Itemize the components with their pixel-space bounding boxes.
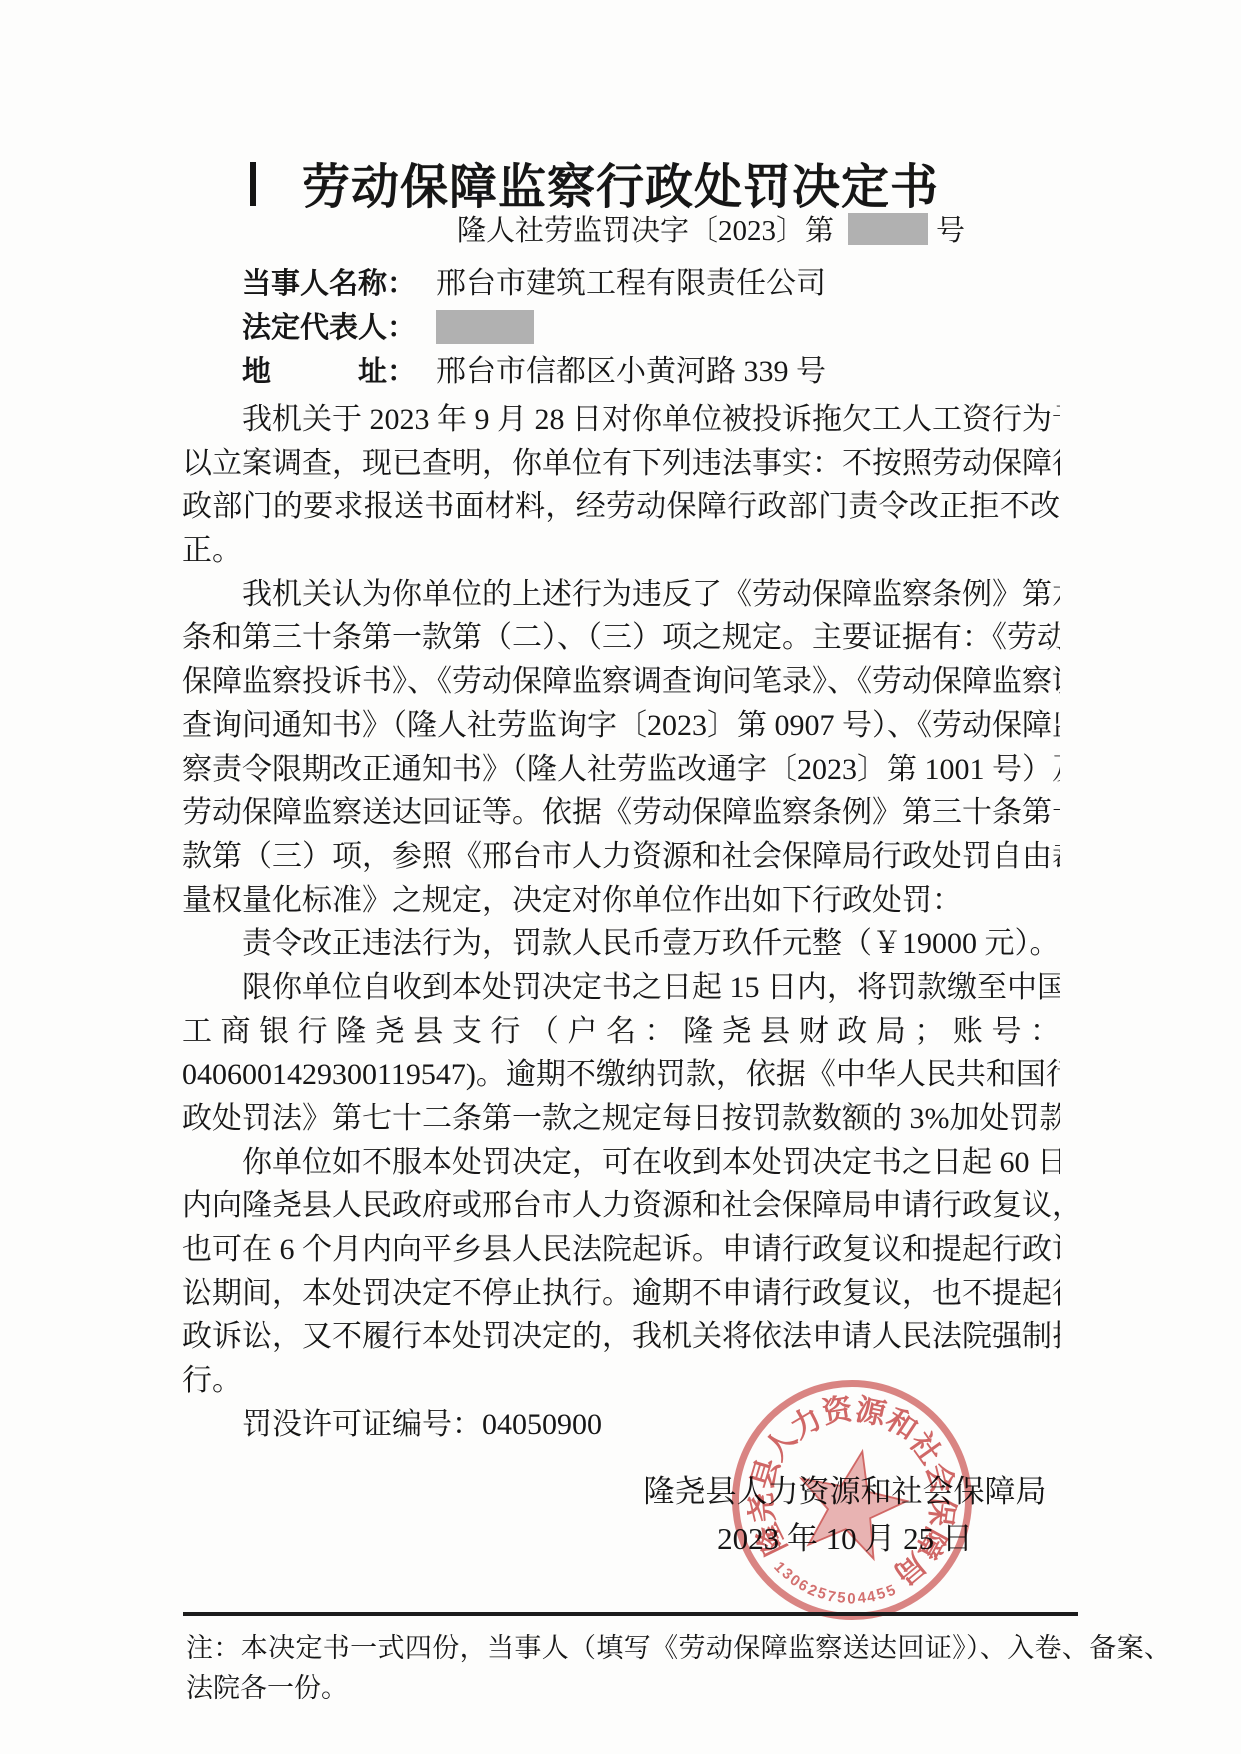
party-name-label: 当事人名称：	[242, 262, 416, 306]
body-line: 也可在 6 个月内向平乡县人民法院起诉。申请行政复议和提起行政诉	[182, 1228, 1060, 1272]
document-title: 劳动保障监察行政处罚决定书	[0, 148, 1241, 217]
body-line: 政部门的要求报送书面材料，经劳动保障行政部门责令改正拒不改	[182, 485, 1060, 529]
body-line: 限你单位自收到本处罚决定书之日起 15 日内，将罚款缴至中国	[182, 966, 1060, 1010]
body-line: 察责令限期改正通知书》（隆人社劳监改通字〔2023〕第 1001 号）及	[182, 748, 1060, 792]
body-line: 条和第三十条第一款第（二）、（三）项之规定。主要证据有：《劳动	[182, 616, 1060, 660]
decision-body-text: 我机关于 2023 年 9 月 28 日对你单位被投诉拖欠工人工资行为予以立案调…	[182, 398, 1060, 1447]
party-name-value: 邢台市建筑工程有限责任公司	[436, 267, 826, 300]
legal-representative-label: 法定代表人：	[242, 306, 416, 350]
seal-code-digit: 3	[778, 1565, 795, 1583]
body-line: 责令改正违法行为，罚款人民币壹万玖仟元整（￥19000 元）。	[182, 922, 1060, 966]
seal-code-digit: 7	[826, 1588, 838, 1606]
body-line: 劳动保障监察送达回证等。依据《劳动保障监察条例》第三十条第一	[182, 791, 1060, 835]
body-line: 保障监察投诉书》、《劳动保障监察调查询问笔录》、《劳动保障监察调	[182, 660, 1060, 704]
body-line: 内向隆尧县人民政府或邢台市人力资源和社会保障局申请行政复议，	[182, 1184, 1060, 1228]
seal-code-digit: 0	[847, 1590, 855, 1607]
footer-note: 注：本决定书一式四份，当事人（填写《劳动保障监察送达回证》）、入卷、备案、法院各…	[186, 1628, 1171, 1708]
body-line: 0406001429300119547)。逾期不缴纳罚款，依据《中华人民共和国行	[182, 1053, 1060, 1097]
address-label: 地 址：	[242, 350, 416, 394]
body-line: 你单位如不服本处罚决定，可在收到本处罚决定书之日起 60 日	[182, 1141, 1060, 1185]
body-line: 以立案调查，现已查明，你单位有下列违法事实：不按照劳动保障行	[182, 442, 1060, 486]
seal-code-digit: 4	[866, 1588, 878, 1606]
penalty-decision-document: 劳动保障监察行政处罚决定书 隆人社劳监罚决字〔2023〕第 号 当事人名称：邢台…	[0, 0, 1241, 1754]
body-line: 量权量化标准》之规定，决定对你单位作出如下行政处罚：	[182, 879, 1060, 923]
seal-code-digit: 2	[805, 1581, 819, 1600]
issuing-authority: 隆尧县人力资源和社会保障局	[640, 1468, 1050, 1515]
seal-code-digit: 6	[795, 1577, 811, 1596]
legal-representative-redaction	[436, 310, 534, 344]
footer-divider	[183, 1612, 1078, 1616]
seal-code-digit: 5	[875, 1585, 888, 1604]
body-line: 政诉讼，又不履行本处罚决定的，我机关将依法申请人民法院强制执	[182, 1315, 1060, 1359]
body-line: 行。	[182, 1359, 1060, 1403]
party-name-row: 当事人名称：邢台市建筑工程有限责任公司	[242, 262, 1142, 306]
address-value: 邢台市信都区小黄河路 339 号	[436, 355, 826, 388]
seal-code-digit: 5	[884, 1582, 898, 1601]
body-line: 查询问通知书》（隆人社劳监询字〔2023〕第 0907 号）、《劳动保障监	[182, 704, 1060, 748]
document-number: 隆人社劳监罚决字〔2023〕第 号	[457, 208, 965, 249]
body-line: 政处罚法》第七十二条第一款之规定每日按罚款数额的 3%加处罚款。	[182, 1097, 1060, 1141]
legal-representative-row: 法定代表人：	[242, 306, 1142, 350]
issue-date: 2023 年 10 月 25 日	[640, 1515, 1050, 1562]
body-line: 款第（三）项，参照《邢台市人力资源和社会保障局行政处罚自由裁	[182, 835, 1060, 879]
seal-code-digit: 4	[857, 1590, 867, 1608]
body-line: 罚没许可证编号：04050900	[182, 1403, 1060, 1447]
body-line: 正。	[182, 529, 1060, 573]
document-number-redaction	[848, 213, 928, 245]
body-line: 我机关认为你单位的上述行为违反了《劳动保障监察条例》第六	[182, 573, 1060, 617]
body-line: 我机关于 2023 年 9 月 28 日对你单位被投诉拖欠工人工资行为予	[182, 398, 1060, 442]
seal-code-digit: 5	[815, 1585, 828, 1604]
document-number-prefix: 隆人社劳监罚决字〔2023〕第	[457, 208, 834, 249]
party-info-block: 当事人名称：邢台市建筑工程有限责任公司 法定代表人： 地 址：邢台市信都区小黄河…	[242, 262, 1142, 394]
body-line: 工商银行隆尧县支行（户名：隆尧县财政局；账号：	[182, 1010, 1060, 1054]
document-number-suffix: 号	[936, 208, 965, 249]
seal-code-digit: 5	[836, 1590, 846, 1608]
address-row: 地 址：邢台市信都区小黄河路 339 号	[242, 350, 1142, 394]
seal-code-digit: 0	[786, 1571, 803, 1590]
signature-block: 隆尧县人力资源和社会保障局 2023 年 10 月 25 日	[640, 1468, 1050, 1562]
body-line: 讼期间，本处罚决定不停止执行。逾期不申请行政复议，也不提起行	[182, 1272, 1060, 1316]
